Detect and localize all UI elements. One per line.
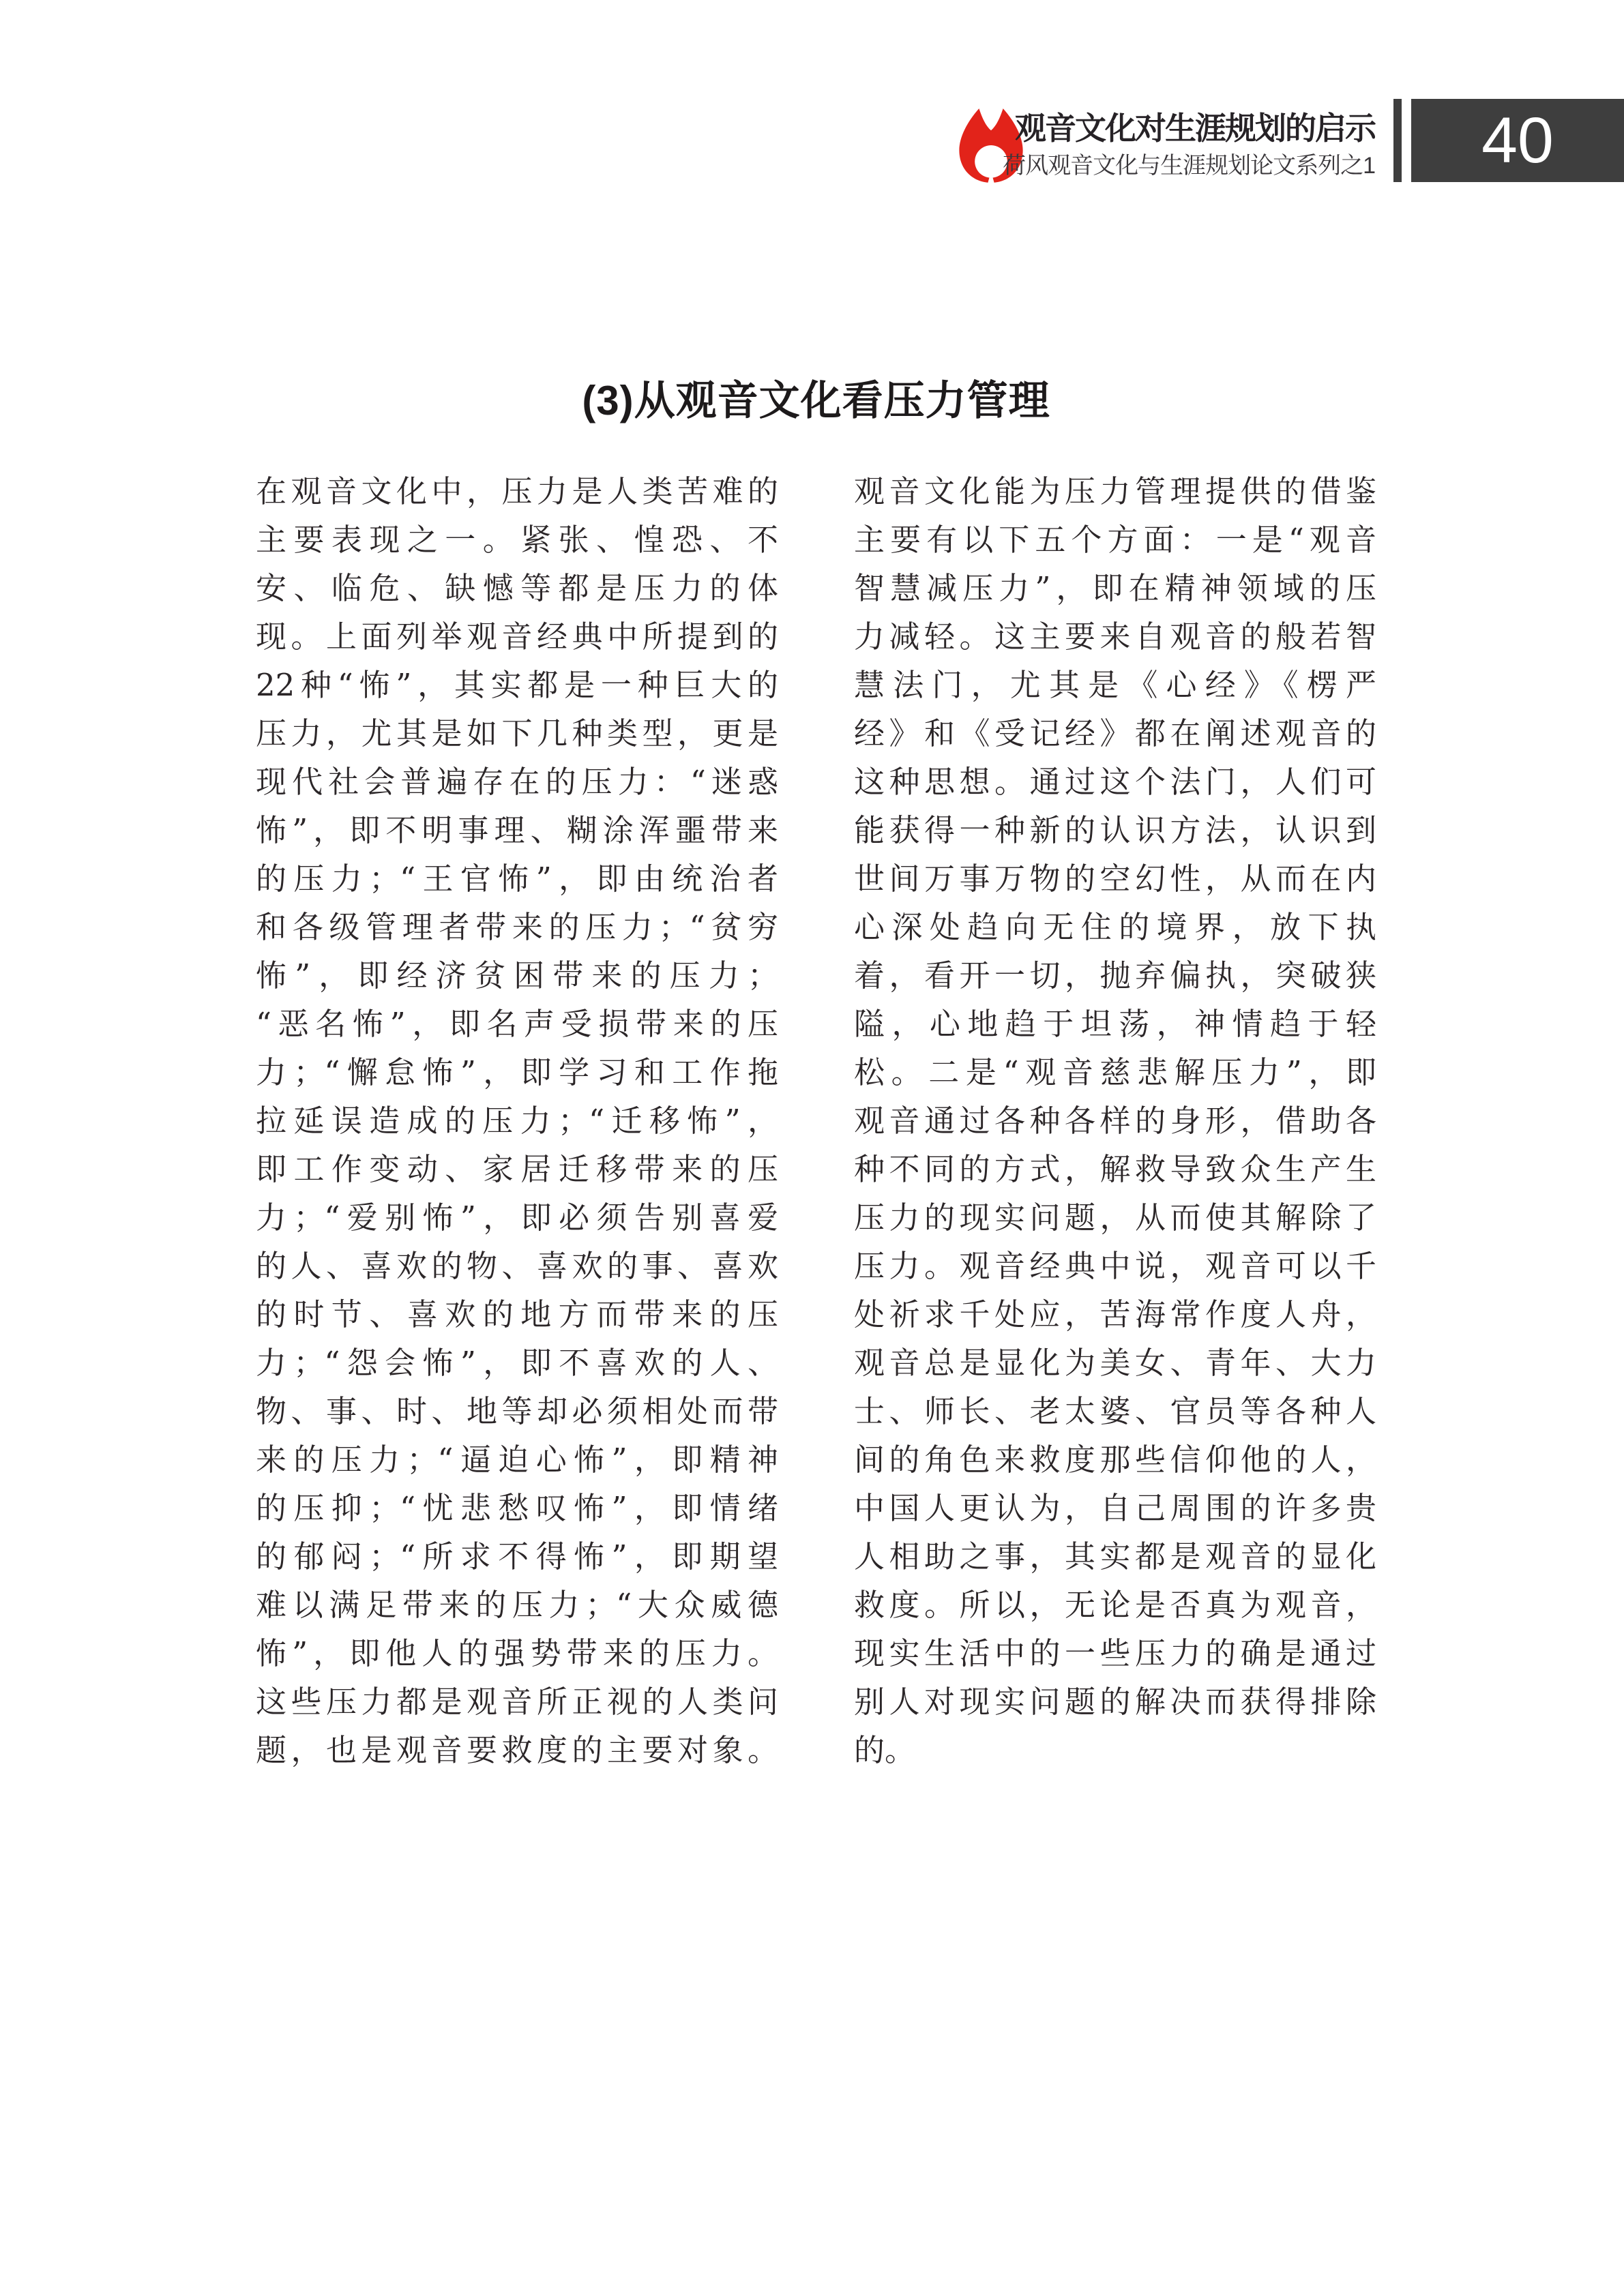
text-line: 拉延误造成的压力；“迁移怖”， <box>256 1097 778 1145</box>
right-text-column: 观音文化能为压力管理提供的借鉴主要有以下五个方面：一是“观音智慧减压力”，即在精… <box>854 467 1376 1774</box>
text-line: 观音总是显化为美女、青年、大力 <box>854 1339 1376 1387</box>
text-line: 物、事、时、地等却必须相处而带 <box>256 1387 778 1435</box>
text-line: 力；“怨会怖”，即不喜欢的人、 <box>256 1339 778 1387</box>
text-line: “恶名怖”，即名声受损带来的压 <box>256 1000 778 1048</box>
text-line: 压力，尤其是如下几种类型，更是 <box>256 709 778 758</box>
text-line: 现。上面列举观音经典中所提到的 <box>256 612 778 661</box>
text-line: 在观音文化中，压力是人类苦难的 <box>256 467 778 516</box>
text-line: 救度。所以，无论是否真为观音， <box>854 1581 1376 1629</box>
text-columns: 在观音文化中，压力是人类苦难的主要表现之一。紧张、惶恐、不安、临危、缺憾等都是压… <box>256 467 1376 1774</box>
text-line: 慧法门，尤其是《心经》《楞严 <box>854 661 1376 709</box>
text-line: 力；“爱别怖”，即必须告别喜爱 <box>256 1193 778 1242</box>
text-line: 智慧减压力”，即在精神领域的压 <box>854 564 1376 612</box>
text-line: 的。 <box>854 1726 1376 1774</box>
page-number-box: 40 <box>1411 99 1624 182</box>
text-line: 的郁闷；“所求不得怖”，即期望 <box>256 1532 778 1581</box>
text-line: 的压抑；“忧悲愁叹怖”，即情绪 <box>256 1484 778 1532</box>
masthead: 观音文化对生涯规划的启示 荷风观音文化与生涯规划论文系列之1 <box>1003 109 1375 180</box>
text-line: 难以满足带来的压力；“大众威德 <box>256 1581 778 1629</box>
text-line: 着，看开一切，抛弃偏执，突破狭 <box>854 951 1376 1000</box>
text-line: 来的压力；“逼迫心怖”，即精神 <box>256 1435 778 1484</box>
header-divider-bar <box>1393 99 1402 182</box>
text-line: 的时节、喜欢的地方而带来的压 <box>256 1290 778 1339</box>
journal-title: 观音文化对生涯规划的启示 <box>1003 109 1375 147</box>
text-line: 力减轻。这主要来自观音的般若智 <box>854 612 1376 661</box>
text-line: 怖”，即经济贫困带来的压力； <box>256 951 778 1000</box>
text-line: 经》和《受记经》都在阐述观音的 <box>854 709 1376 758</box>
text-line: 处祈求千处应，苦海常作度人舟， <box>854 1290 1376 1339</box>
text-line: 怖”，即不明事理、糊涂浑噩带来 <box>256 806 778 854</box>
text-line: 间的角色来救度那些信仰他的人， <box>854 1435 1376 1484</box>
text-line: 种不同的方式，解救导致众生产生 <box>854 1145 1376 1193</box>
section-heading: (3)从观音文化看压力管理 <box>256 376 1376 426</box>
text-line: 这种思想。通过这个法门，人们可 <box>854 758 1376 806</box>
text-line: 这些压力都是观音所正视的人类问 <box>256 1678 778 1726</box>
text-line: 的人、喜欢的物、喜欢的事、喜欢 <box>256 1242 778 1290</box>
text-line: 的压力；“王官怖”，即由统治者 <box>256 854 778 903</box>
text-line: 中国人更认为，自己周围的许多贵 <box>854 1484 1376 1532</box>
text-line: 主要有以下五个方面：一是“观音 <box>854 516 1376 564</box>
text-line: 22种“怖”，其实都是一种巨大的 <box>256 661 778 709</box>
text-line: 人相助之事，其实都是观音的显化 <box>854 1532 1376 1581</box>
text-line: 现实生活中的一些压力的确是通过 <box>854 1629 1376 1678</box>
left-text-column: 在观音文化中，压力是人类苦难的主要表现之一。紧张、惶恐、不安、临危、缺憾等都是压… <box>256 467 778 1774</box>
text-line: 怖”，即他人的强势带来的压力。 <box>256 1629 778 1678</box>
text-line: 世间万事万物的空幻性，从而在内 <box>854 854 1376 903</box>
text-line: 压力。观音经典中说，观音可以千 <box>854 1242 1376 1290</box>
text-line: 现代社会普遍存在的压力：“迷惑 <box>256 758 778 806</box>
text-line: 别人对现实问题的解决而获得排除 <box>854 1678 1376 1726</box>
text-line: 观音通过各种各样的身形，借助各 <box>854 1097 1376 1145</box>
text-line: 即工作变动、家居迁移带来的压 <box>256 1145 778 1193</box>
text-line: 安、临危、缺憾等都是压力的体 <box>256 564 778 612</box>
text-line: 松。二是“观音慈悲解压力”，即 <box>854 1048 1376 1097</box>
text-line: 和各级管理者带来的压力；“贫穷 <box>256 903 778 951</box>
text-line: 隘，心地趋于坦荡，神情趋于轻 <box>854 1000 1376 1048</box>
text-line: 能获得一种新的认识方法，认识到 <box>854 806 1376 854</box>
text-line: 力；“懈怠怖”，即学习和工作拖 <box>256 1048 778 1097</box>
document-page: { "header": { "title": "观音文化对生涯规划的启示", "… <box>0 0 1624 2296</box>
journal-subtitle: 荷风观音文化与生涯规划论文系列之1 <box>1003 151 1375 180</box>
text-line: 题，也是观音要救度的主要对象。 <box>256 1726 778 1774</box>
text-line: 心深处趋向无住的境界，放下执 <box>854 903 1376 951</box>
text-line: 士、师长、老太婆、官员等各种人 <box>854 1387 1376 1435</box>
text-line: 压力的现实问题，从而使其解除了 <box>854 1193 1376 1242</box>
text-line: 观音文化能为压力管理提供的借鉴 <box>854 467 1376 516</box>
page-number: 40 <box>1481 108 1554 173</box>
text-line: 主要表现之一。紧张、惶恐、不 <box>256 516 778 564</box>
